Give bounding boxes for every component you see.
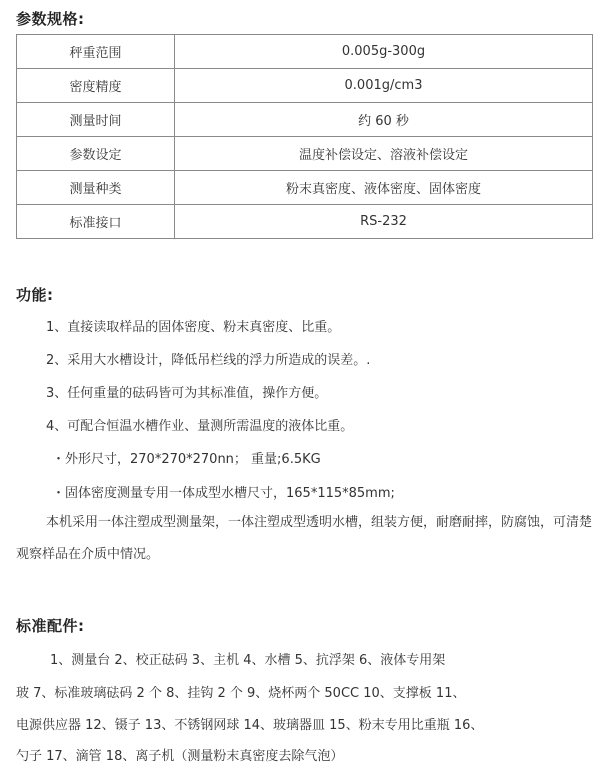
- spec-label: 密度精度: [17, 69, 175, 103]
- spec-label: 标准接口: [17, 205, 175, 239]
- feature-description: 本机采用一体注塑成型测量架，一体注塑成型透明水槽，组装方便，耐磨耐摔，防腐蚀，可…: [16, 507, 594, 571]
- specs-table: 秤重范围 0.005g-300g 密度精度 0.001g/cm3 测量时间 约 …: [16, 34, 593, 239]
- spec-label: 参数设定: [17, 137, 175, 171]
- table-row: 标准接口 RS-232: [17, 205, 593, 239]
- spec-value: 0.001g/cm3: [175, 69, 593, 103]
- feature-bullet: ・固体密度测量专用一体成型水槽尺寸，165*115*85mm;: [52, 482, 395, 501]
- spec-label: 测量时间: [17, 103, 175, 137]
- spec-value: RS-232: [175, 205, 593, 239]
- accessories-heading: 标准配件:: [16, 615, 85, 636]
- spec-label: 测量种类: [17, 171, 175, 205]
- spec-value: 粉末真密度、液体密度、固体密度: [175, 171, 593, 205]
- table-row: 秤重范围 0.005g-300g: [17, 35, 593, 69]
- feature-item: 1、直接读取样品的固体密度、粉末真密度、比重。: [46, 316, 340, 335]
- accessory-line: 电源供应器 12、镊子 13、不锈钢网球 14、玻璃器皿 15、粉末专用比重瓶 …: [16, 714, 596, 733]
- feature-item: 4、可配合恒温水槽作业、量测所需温度的液体比重。: [46, 415, 353, 434]
- specs-heading: 参数规格:: [16, 8, 85, 29]
- features-heading: 功能:: [16, 284, 54, 305]
- spec-value: 温度补偿设定、溶液补偿设定: [175, 137, 593, 171]
- accessory-line: 1、测量台 2、校正砝码 3、主机 4、水槽 5、抗浮架 6、液体专用架: [50, 649, 602, 668]
- spec-value: 0.005g-300g: [175, 35, 593, 69]
- feature-item: 3、任何重量的砝码皆可为其标准值，操作方便。: [46, 382, 327, 401]
- table-row: 密度精度 0.001g/cm3: [17, 69, 593, 103]
- spec-label: 秤重范围: [17, 35, 175, 69]
- accessory-line: 玻 7、标准玻璃砝码 2 个 8、挂钩 2 个 9、烧杯两个 50CC 10、支…: [16, 682, 596, 701]
- table-row: 测量种类 粉末真密度、液体密度、固体密度: [17, 171, 593, 205]
- spec-value: 约 60 秒: [175, 103, 593, 137]
- accessory-line: 勺子 17、滴管 18、离子机（测量粉末真密度去除气泡）: [16, 745, 596, 764]
- table-row: 参数设定 温度补偿设定、溶液补偿设定: [17, 137, 593, 171]
- feature-item: 2、采用大水槽设计，降低吊栏线的浮力所造成的误差。.: [46, 349, 370, 368]
- feature-bullet: ・外形尺寸，270*270*270nn； 重量;6.5KG: [52, 448, 321, 467]
- table-row: 测量时间 约 60 秒: [17, 103, 593, 137]
